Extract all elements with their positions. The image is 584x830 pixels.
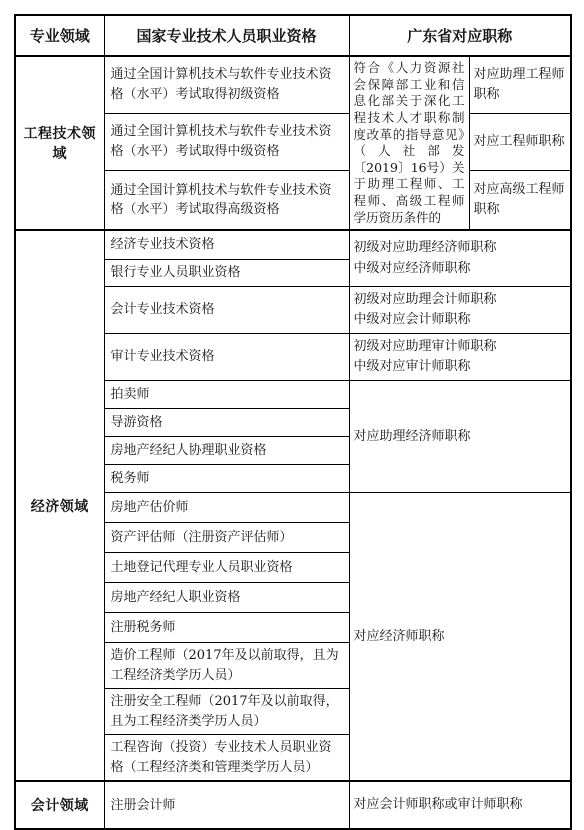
- qualification-cell: 造价工程师（2017年及以前取得，且为工程经济类学历人员）: [104, 643, 349, 689]
- qualification-cell: 导游资格: [104, 409, 349, 437]
- section-field-cell: 工程技术领域: [15, 56, 104, 230]
- qualification-title-table: 专业领域 国家专业技术人员职业资格 广东省对应职称 工程技术领域 通过全国计算机…: [14, 14, 572, 830]
- table-row: 经济领域 经济专业技术资格 初级对应助理经济师职称 中级对应经济师职称: [15, 230, 571, 259]
- qualification-cell: 注册安全工程师（2017年及以前取得，且为工程经济类学历人员）: [104, 689, 349, 735]
- qualification-cell: 房地产经纪人协理职业资格: [104, 437, 349, 465]
- qualification-cell: 通过全国计算机技术与软件专业技术资格（水平）考试取得高级资格: [104, 171, 349, 231]
- qualification-cell: 注册会计师: [104, 781, 349, 829]
- title-cell: 对应会计师职称或审计师职称: [349, 781, 571, 829]
- col-header-field: 专业领域: [15, 15, 104, 56]
- qualification-cell: 工程咨询（投资）专业技术人员职业资格（工程经济类和管理类学历人员）: [104, 735, 349, 782]
- table-row: 会计领域 注册会计师 对应会计师职称或审计师职称: [15, 781, 571, 829]
- qualification-cell: 银行专业人员职业资格: [104, 259, 349, 286]
- col-header-title: 广东省对应职称: [349, 15, 571, 56]
- qualification-cell: 通过全国计算机技术与软件专业技术资格（水平）考试取得中级资格: [104, 113, 349, 170]
- section-field-cell: 经济领域: [15, 230, 104, 781]
- title-cell: 对应高级工程师职称: [469, 171, 571, 231]
- policy-note-cell: 符合《人力资源社会保障部工业和信息化部关于深化工程技术人才职称制度改革的指导意见…: [349, 56, 469, 230]
- title-cell: 初级对应助理审计师职称 中级对应审计师职称: [349, 334, 571, 381]
- qualification-cell: 通过全国计算机技术与软件专业技术资格（水平）考试取得初级资格: [104, 56, 349, 113]
- col-header-qualification: 国家专业技术人员职业资格: [104, 15, 349, 56]
- qualification-cell: 会计专业技术资格: [104, 286, 349, 333]
- qualification-cell: 资产评估师（注册资产评估师）: [104, 523, 349, 553]
- title-cell: 初级对应助理会计师职称 中级对应会计师职称: [349, 286, 571, 333]
- qualification-cell: 经济专业技术资格: [104, 230, 349, 259]
- title-cell: 对应经济师职称: [349, 493, 571, 782]
- table-row: 工程技术领域 通过全国计算机技术与软件专业技术资格（水平）考试取得初级资格 符合…: [15, 56, 571, 113]
- title-cell: 对应助理工程师职称: [469, 56, 571, 113]
- document-page: 专业领域 国家专业技术人员职业资格 广东省对应职称 工程技术领域 通过全国计算机…: [0, 0, 584, 805]
- title-cell: 对应工程师职称: [469, 113, 571, 170]
- qualification-cell: 房地产估价师: [104, 493, 349, 523]
- qualification-cell: 注册税务师: [104, 613, 349, 643]
- title-cell: 初级对应助理经济师职称 中级对应经济师职称: [349, 230, 571, 286]
- qualification-cell: 拍卖师: [104, 381, 349, 409]
- qualification-cell: 税务师: [104, 465, 349, 493]
- header-row: 专业领域 国家专业技术人员职业资格 广东省对应职称: [15, 15, 571, 56]
- title-cell: 对应助理经济师职称: [349, 381, 571, 493]
- qualification-cell: 房地产经纪人职业资格: [104, 583, 349, 613]
- qualification-cell: 土地登记代理专业人员职业资格: [104, 553, 349, 583]
- qualification-cell: 审计专业技术资格: [104, 334, 349, 381]
- section-field-cell: 会计领域: [15, 781, 104, 829]
